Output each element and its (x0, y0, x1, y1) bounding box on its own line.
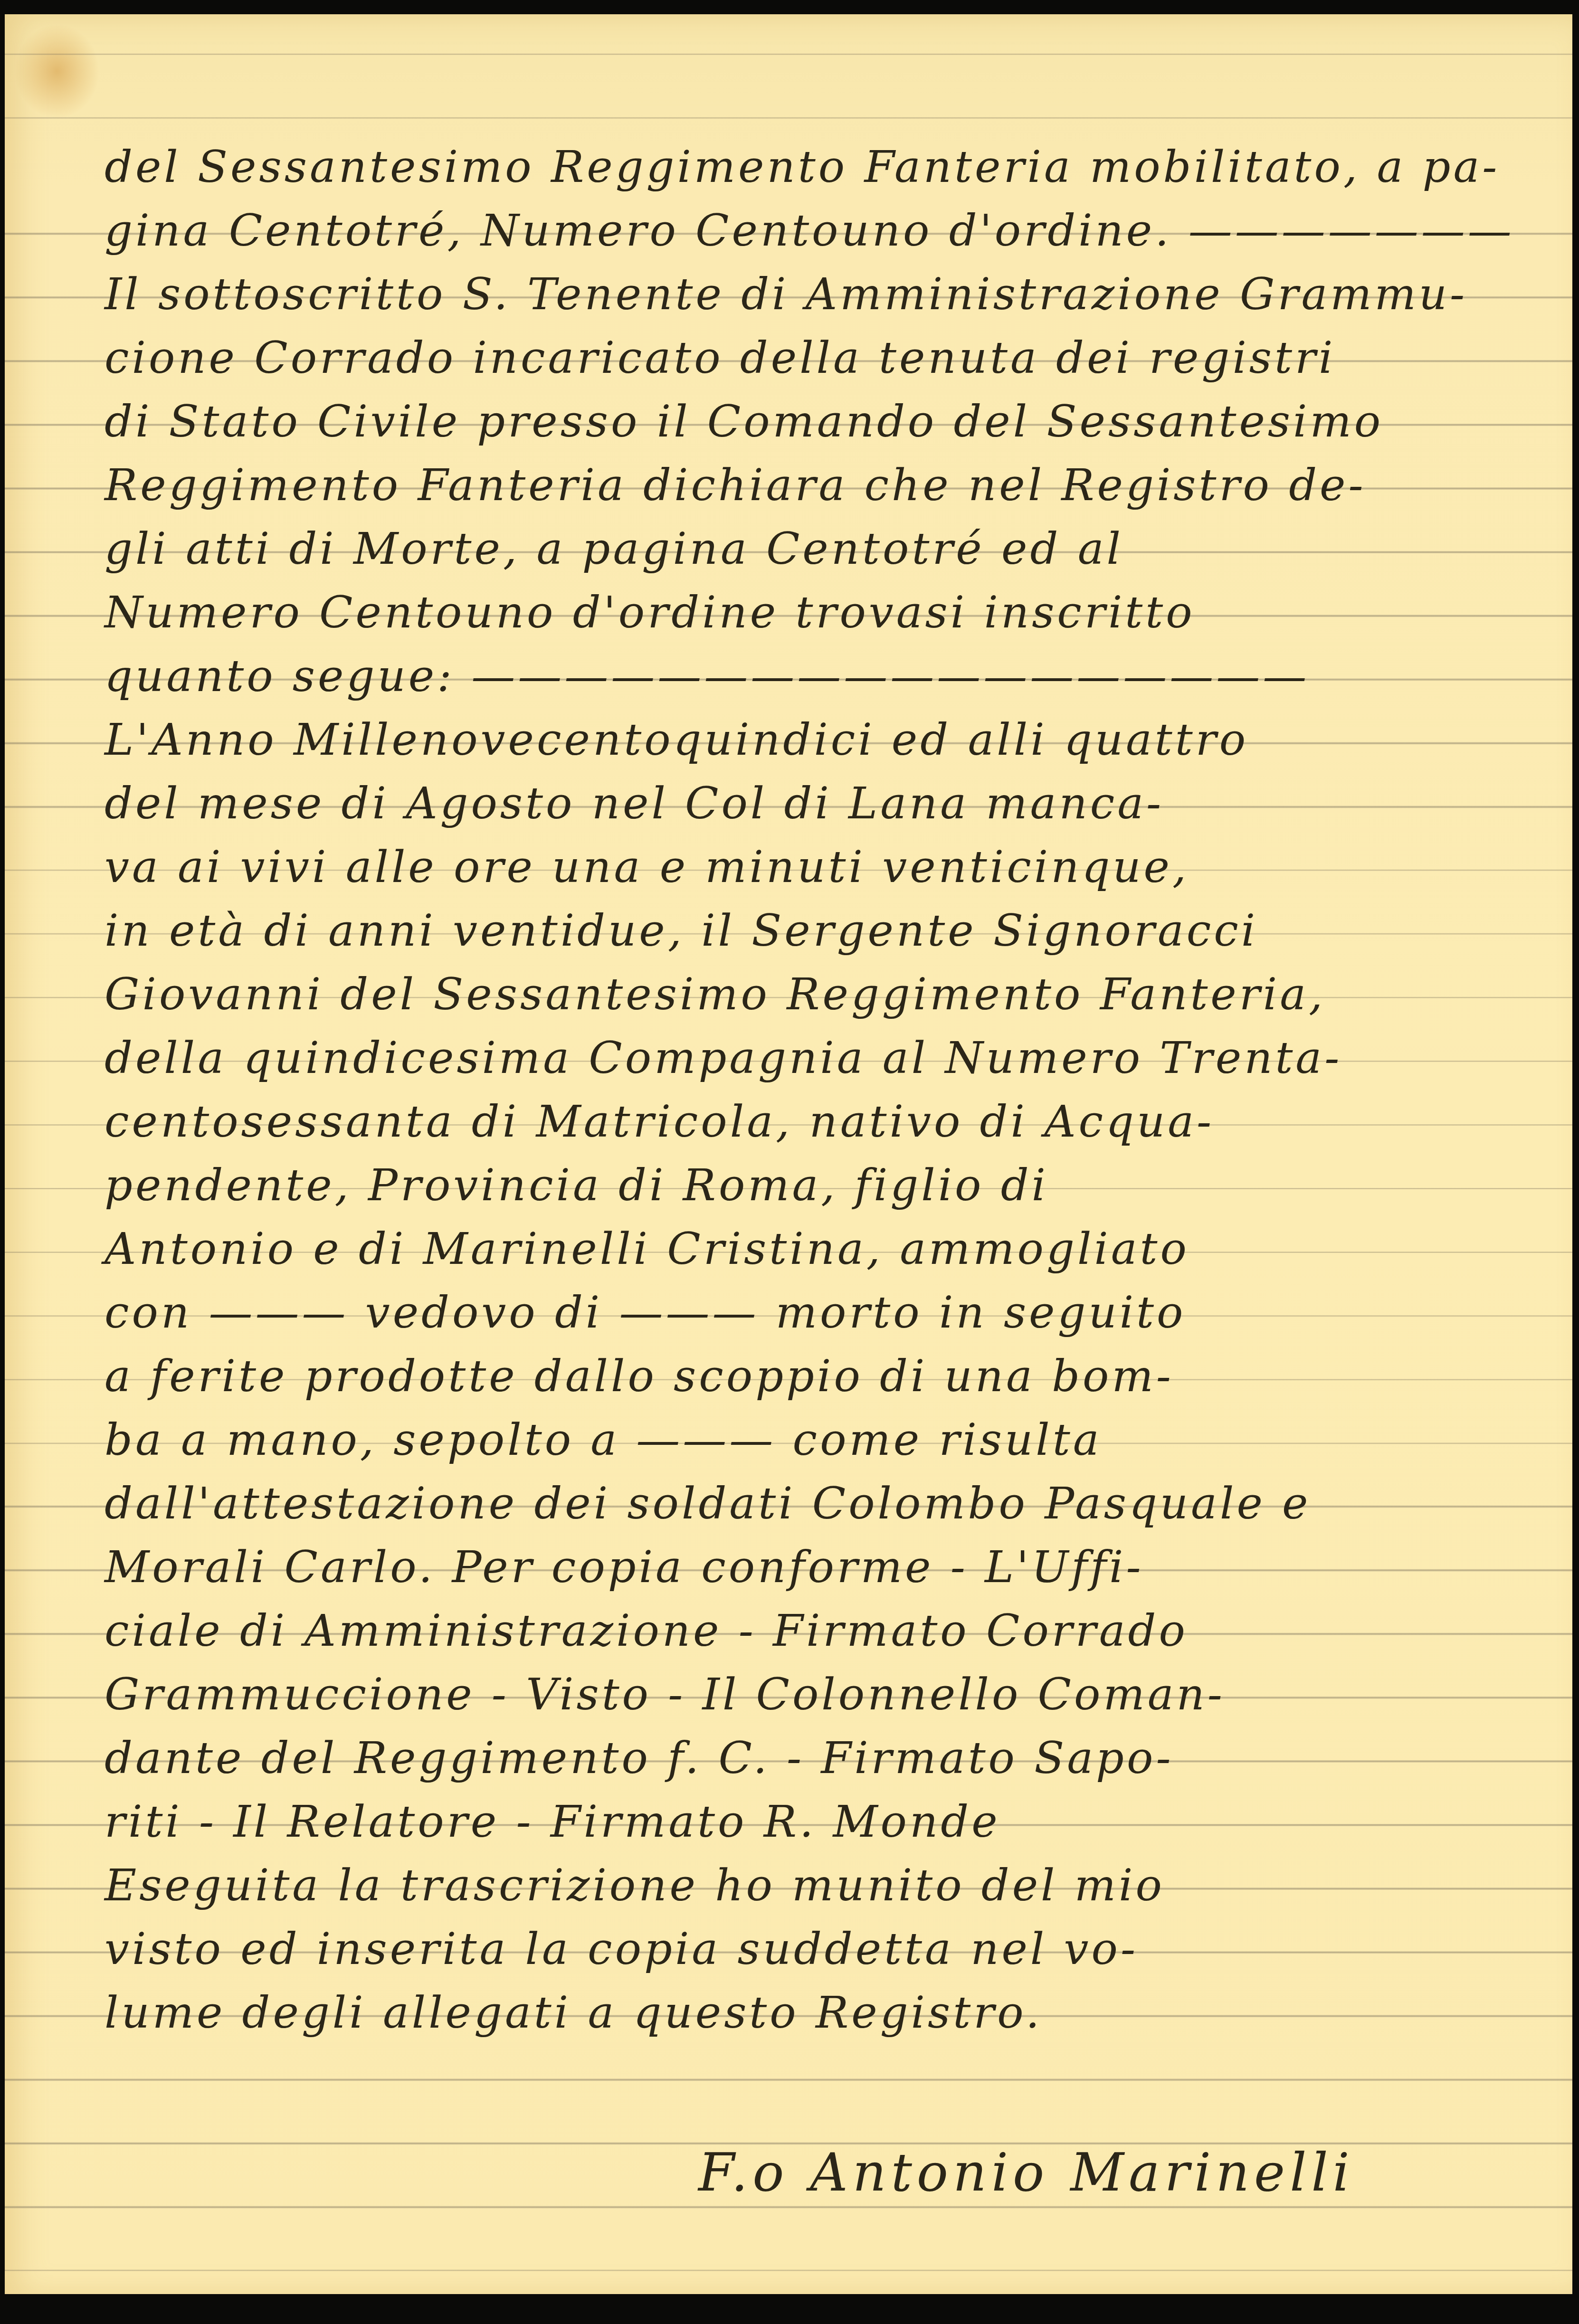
text-line: va ai vivi alle ore una e minuti ventici… (105, 835, 1568, 899)
text-line: Reggimento Fanteria dichiara che nel Reg… (105, 454, 1568, 517)
text-line: del Sessantesimo Reggimento Fanteria mob… (105, 135, 1568, 199)
text-line: Eseguita la trascrizione ho munito del m… (105, 1854, 1568, 1917)
text-line: pendente, Provincia di Roma, figlio di (105, 1154, 1568, 1217)
text-line: centosessanta di Matricola, nativo di Ac… (105, 1090, 1568, 1154)
text-line: gina Centotré, Numero Centouno d'ordine.… (105, 199, 1568, 263)
text-line: Grammuccione - Visto - Il Colonnello Com… (105, 1663, 1568, 1726)
text-line: lume degli allegati a questo Registro. (105, 1981, 1568, 2045)
text-line: Il sottoscritto S. Tenente di Amministra… (105, 263, 1568, 326)
text-line: Antonio e di Marinelli Cristina, ammogli… (105, 1217, 1568, 1281)
document-page: del Sessantesimo Reggimento Fanteria mob… (5, 14, 1572, 2294)
text-line: cione Corrado incaricato della tenuta de… (105, 326, 1568, 390)
text-line: gli atti di Morte, a pagina Centotré ed … (105, 517, 1568, 581)
text-line: visto ed inserita la copia suddetta nel … (105, 1917, 1568, 1981)
text-line: a ferite prodotte dallo scoppio di una b… (105, 1345, 1568, 1408)
text-line: della quindicesima Compagnia al Numero T… (105, 1026, 1568, 1090)
text-line: ciale di Amministrazione - Firmato Corra… (105, 1599, 1568, 1663)
text-line: riti - Il Relatore - Firmato R. Monde (105, 1790, 1568, 1854)
text-line: in età di anni ventidue, il Sergente Sig… (105, 899, 1568, 963)
text-line: con ——— vedovo di ——— morto in seguito (105, 1281, 1568, 1345)
text-line: Morali Carlo. Per copia conforme - L'Uff… (105, 1536, 1568, 1599)
text-line: L'Anno Millenovecentoquindici ed alli qu… (105, 708, 1568, 772)
text-line: dante del Reggimento f. C. - Firmato Sap… (105, 1726, 1568, 1790)
text-line: Numero Centouno d'ordine trovasi inscrit… (105, 581, 1568, 645)
text-line: di Stato Civile presso il Comando del Se… (105, 390, 1568, 454)
signature: F.o Antonio Marinelli (698, 2142, 1354, 2203)
text-line: del mese di Agosto nel Col di Lana manca… (105, 772, 1568, 835)
text-line: ba a mano, sepolto a ——— come risulta (105, 1408, 1568, 1472)
text-line: dall'attestazione dei soldati Colombo Pa… (105, 1472, 1568, 1536)
text-line: Giovanni del Sessantesimo Reggimento Fan… (105, 963, 1568, 1026)
text-line: quanto segue: —————————————————— (105, 645, 1568, 708)
handwritten-text: del Sessantesimo Reggimento Fanteria mob… (105, 135, 1568, 2045)
